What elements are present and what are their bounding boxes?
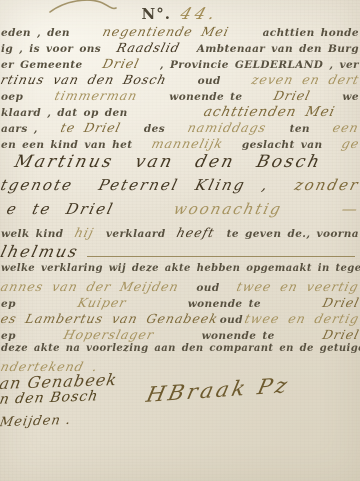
handwritten-text-segment: —	[334, 200, 360, 218]
printed-text-segment: er Gemeente	[1, 59, 83, 71]
printed-text-segment: en een kind van het	[1, 139, 132, 151]
printed-text-segment: achttien honde	[263, 27, 359, 39]
printed-text-segment: klaard , dat op den	[1, 107, 128, 119]
printed-text-segment: wonende te	[169, 91, 242, 103]
document-body: eden , dennegentiende Meiachttien hondei…	[0, 24, 360, 375]
handwritten-text-segment: e te Driel	[0, 200, 116, 218]
body-line: oeptimmermanwonende teDrielwe	[0, 88, 360, 104]
handwritten-text-segment: negentiende Mei	[101, 24, 231, 39]
printed-text-segment: oud	[220, 314, 243, 326]
printed-text-segment: oud	[196, 282, 219, 294]
printed-text-segment: ten	[290, 123, 310, 135]
printed-text-segment: des	[144, 123, 165, 135]
printed-text-segment: ig , is voor ons	[1, 43, 101, 55]
handwritten-text-segment: annes van der Meijden	[0, 279, 181, 294]
handwritten-text-segment: es Lambertus van Genabeek	[0, 311, 220, 326]
body-line: er GemeenteDriel, Provincie GELDERLAND ,…	[0, 56, 360, 72]
printed-text-segment: oep	[1, 91, 23, 103]
body-line: eden , dennegentiende Meiachttien honde	[0, 24, 360, 40]
handwritten-text-segment: tgenote	[0, 176, 75, 194]
printed-text-segment: aars ,	[1, 123, 38, 135]
signatures-block: HBraak Pz n den BoschMeijden .an Genabee…	[0, 372, 360, 472]
printed-text-segment: wonende te	[202, 330, 275, 342]
handwritten-text-segment: Raadslid	[116, 40, 183, 55]
witness-signature: Meijden .	[0, 413, 72, 430]
printed-text-segment: te geven de., voorna	[227, 228, 359, 240]
printed-text-segment: eden , den	[1, 27, 70, 39]
handwritten-text-segment: lhelmus	[0, 242, 81, 261]
handwritten-text-segment: Kuiper	[76, 295, 128, 310]
body-line: welk kindhijverklaardheeftte geven de., …	[0, 225, 360, 242]
body-line: tgenotePeternel Kling ,zonder	[0, 176, 360, 200]
handwritten-text-segment: namiddags	[186, 120, 268, 135]
printed-text-segment: ep	[1, 330, 16, 342]
handwritten-text-segment: een	[331, 120, 360, 135]
printed-text-segment: welke verklaring wij deze akte hebben op…	[1, 263, 360, 274]
body-line: lhelmus	[0, 242, 360, 263]
body-line: welke verklaring wij deze akte hebben op…	[0, 263, 360, 279]
document-scan: { "page": { "paper_color": "#e9e3d5", "p…	[0, 0, 360, 481]
printed-text-segment: verklaard	[106, 228, 166, 240]
printed-text-segment: Ambtenaar van den Burg	[197, 43, 359, 55]
handwritten-text-segment: ge	[340, 136, 360, 151]
body-line: rtinus van den Boschoudzeven en dert	[0, 72, 360, 88]
handwritten-text-segment: te Driel	[59, 120, 123, 135]
handwritten-text-segment: Martinus van den Bosch	[0, 152, 324, 172]
handwritten-text-segment: Peternel Kling ,	[97, 176, 272, 194]
body-line: es Lambertus van Genabeekoudtwee en dert…	[0, 311, 360, 327]
body-line: ig , is voor onsRaadslidAmbtenaar van de…	[0, 40, 360, 56]
printed-text-segment: we	[342, 91, 359, 103]
handwritten-text-segment: twee en veertig	[235, 279, 360, 294]
document-number-value: 44.	[178, 4, 222, 23]
printed-text-segment: deze akte na voorlezing aan den comparan…	[1, 343, 360, 354]
printed-text-segment: welk kind	[1, 228, 63, 240]
body-line: en een kind van hetmannelijkgeslacht van…	[0, 136, 360, 152]
handwritten-text-segment: zeven en dert	[250, 72, 360, 87]
handwritten-text-segment: Driel	[101, 56, 141, 71]
printed-text-segment: ep	[1, 298, 16, 310]
printed-text-segment: oud	[198, 75, 221, 87]
body-line: aars ,te Drieldesnamiddagsteneen	[0, 120, 360, 136]
body-line: klaard , dat op denachttienden Mei	[0, 104, 360, 120]
printed-text-segment: geslacht van	[242, 139, 323, 151]
witness-signature: an Genabeek	[0, 370, 119, 393]
handwritten-text-segment: achttienden Mei	[202, 104, 360, 120]
printed-text-segment: wonende te	[188, 298, 261, 310]
handwritten-text-segment: zonder	[293, 176, 360, 194]
body-line: e te Drielwoonachtig—	[0, 200, 360, 225]
handwritten-text-segment: hij	[73, 225, 96, 240]
document-number-label: N°.	[142, 5, 171, 23]
handwritten-text-segment: Driel	[321, 295, 360, 310]
handwritten-text-segment: Hoperslager	[62, 327, 156, 342]
handwritten-text-segment: heeft	[175, 225, 216, 240]
body-line: annes van der Meijdenoudtwee en veertig	[0, 279, 360, 295]
handwritten-text-segment: twee en dertig	[243, 311, 360, 326]
body-line: epHoperslagerwonende teDriel	[0, 327, 360, 343]
handwritten-text-segment: Driel	[321, 327, 360, 342]
body-line: epKuiperwonende teDriel	[0, 295, 360, 311]
body-line: Martinus van den Bosch	[0, 152, 360, 176]
handwritten-text-segment: mannelijk	[150, 136, 225, 151]
handwritten-text-segment: timmerman	[53, 88, 139, 103]
handwritten-text-segment: rtinus van den Bosch	[0, 72, 168, 87]
handwritten-text-segment: Driel	[272, 88, 312, 103]
body-line: deze akte na voorlezing aan den comparan…	[0, 343, 360, 359]
document-number: N°. 44.	[0, 4, 360, 23]
official-signature: HBraak Pz	[144, 373, 292, 407]
printed-text-segment: , Provincie GELDERLAND , ver	[160, 59, 359, 71]
handwritten-text-segment: woonachtig	[166, 200, 284, 218]
inked-rule	[87, 255, 355, 257]
